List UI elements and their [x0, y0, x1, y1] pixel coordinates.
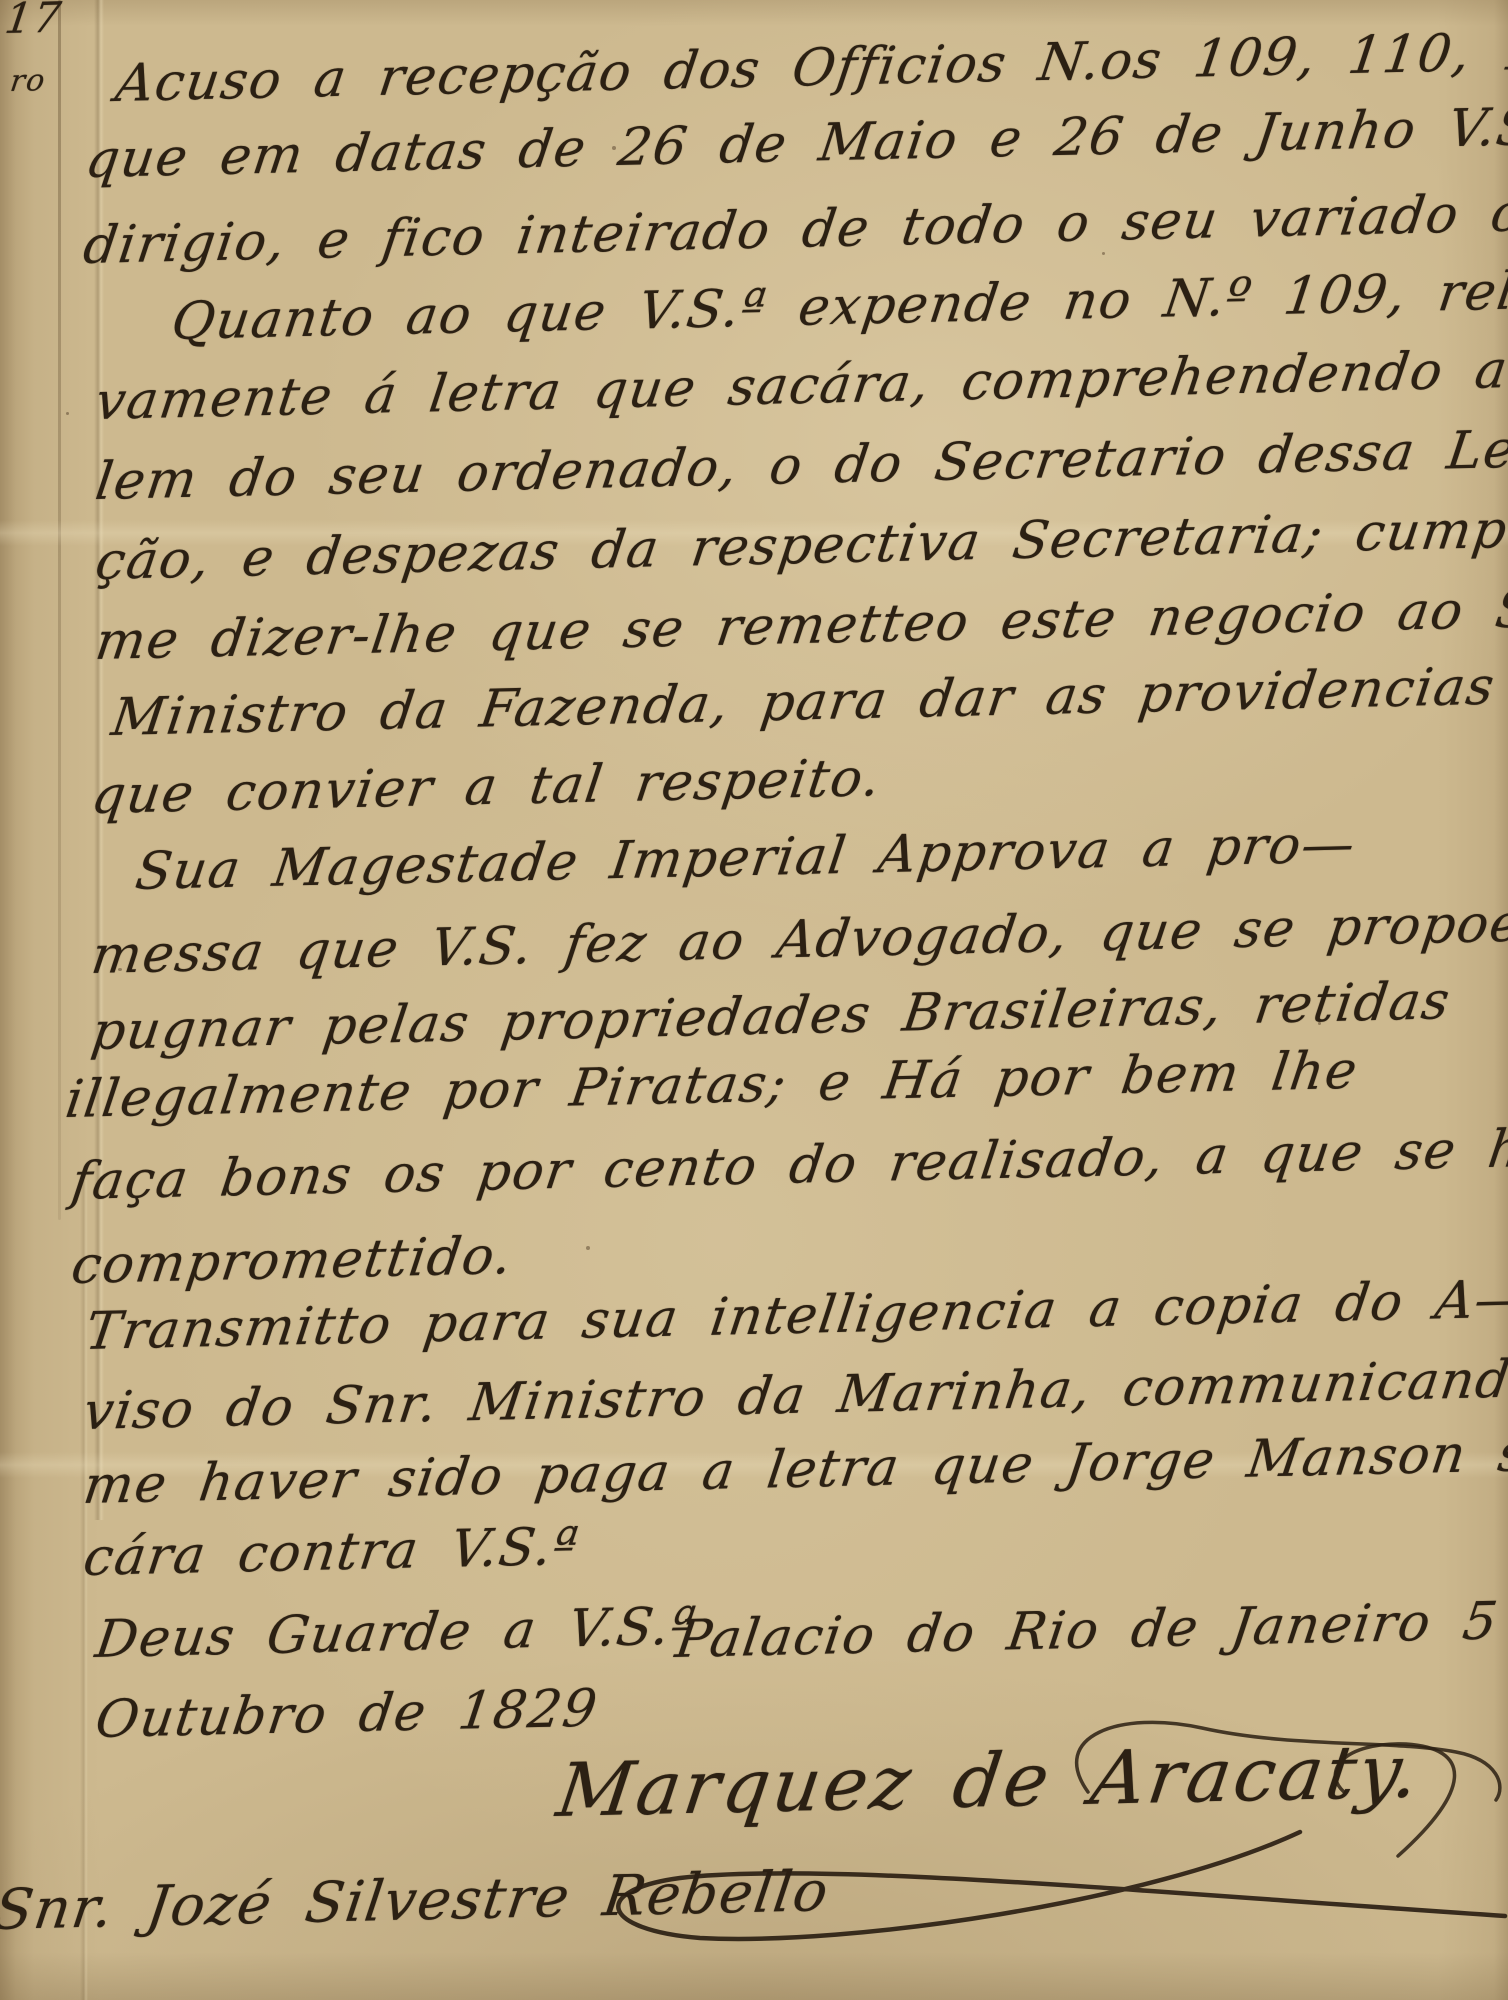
letter-line: Sua Magestade Imperial Approva a pro—: [132, 814, 1360, 902]
manuscript-page: 17 ro Acuso a recepção dos Officios N.os…: [0, 0, 1508, 2000]
paper-speck: [586, 1246, 590, 1250]
letter-line: ção, e despezas da respectiva Secretaria…: [92, 498, 1508, 592]
letter-line: compromettido.: [68, 1226, 517, 1296]
closing-salutation: Deus Guarde a V.S.ª: [92, 1596, 701, 1670]
signature: Marquez de Aracaty.: [552, 1729, 1427, 1834]
margin-page-number: 17: [2, 0, 65, 43]
leaf-edge: [58, 0, 61, 1220]
letter-line: lem do seu ordenado, o do Secretario des…: [92, 417, 1508, 512]
letter-line: me dizer-lhe que se remetteo este negoci…: [92, 578, 1508, 672]
letter-line: Acuso a recepção dos Officios N.os 109, …: [112, 16, 1508, 114]
dateline-place: Palacio do Rio de Janeiro 5 de: [672, 1589, 1508, 1670]
letter-line: vamente á letra que sacára, comprehenden…: [92, 339, 1508, 432]
dateline-date: Outubro de 1829: [92, 1679, 602, 1750]
letter-line: Ministro da Fazenda, para dar as provide…: [108, 657, 1499, 748]
paper-speck: [66, 412, 69, 415]
letter-line: dirigio, e fico inteirado de todo o seu …: [80, 178, 1508, 276]
letter-line: Quanto ao que V.S.ª expende no N.º 109, …: [168, 259, 1508, 352]
letter-line: messa que V.S. fez ao Advogado, que se p…: [88, 891, 1508, 986]
addressee-line: Snr. Jozé Silvestre Rebello: [0, 1859, 833, 1943]
letter-line: cára contra V.S.ª: [80, 1517, 583, 1588]
letter-line: que convier a tal respeito.: [88, 748, 885, 826]
letter-line: faça bons os por cento do realisado, a q…: [68, 1118, 1508, 1212]
margin-note: ro: [8, 63, 48, 99]
